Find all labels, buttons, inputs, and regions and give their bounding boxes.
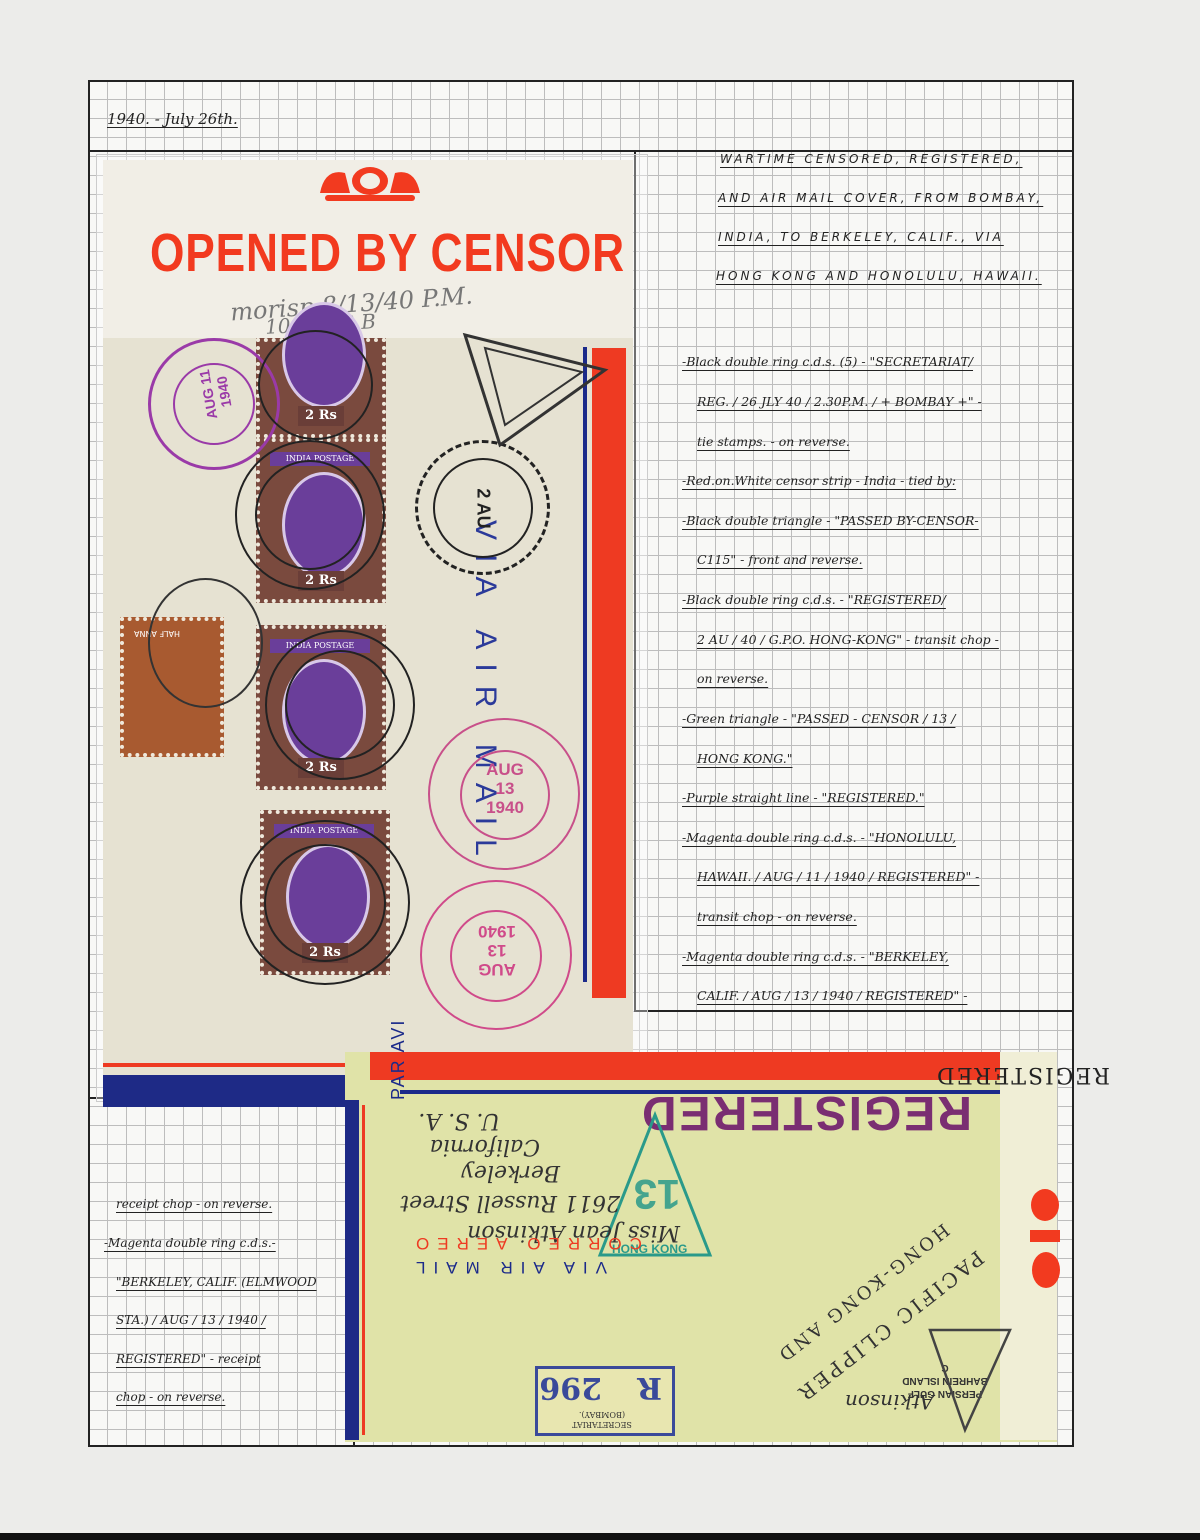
title-line: WARTIME CENSORED, REGISTERED, bbox=[720, 152, 1022, 166]
bombay-postmark bbox=[148, 578, 263, 708]
description-line: -Magenta double ring c.d.s. - "HONOLULU, bbox=[682, 830, 956, 845]
crest-fragment-icon bbox=[1020, 1185, 1060, 1295]
royal-crest-icon bbox=[305, 163, 435, 203]
description-line: -Black double ring c.d.s. - "REGISTERED/ bbox=[682, 592, 946, 607]
registration-office: SECRETARIAT (BOMBAY). bbox=[552, 1409, 652, 1429]
description-line: -Green triangle - "PASSED - CENSOR / 13 … bbox=[682, 711, 955, 726]
description-line: on reverse. bbox=[697, 671, 768, 686]
postmark-day: 13 bbox=[470, 779, 540, 798]
postmark-day: 2 bbox=[474, 488, 494, 498]
continuation-line: "BERKELEY, CALIF. (ELMWOOD bbox=[116, 1275, 317, 1289]
via-air-mail-label: VIA AIR MAIL bbox=[408, 1257, 607, 1277]
continuation-line: REGISTERED" - receipt bbox=[116, 1352, 261, 1366]
recipient-address: Miss Jean Atkinson 2611 Russell Street B… bbox=[380, 1095, 720, 1245]
description-line: transit chop - on reverse. bbox=[697, 909, 857, 924]
title-line: AND AIR MAIL COVER, FROM BOMBAY, bbox=[718, 191, 1043, 205]
registration-label: SECRETARIAT (BOMBAY). R 296 bbox=[535, 1366, 675, 1436]
postmark-inner-ring bbox=[255, 460, 365, 570]
date-text: 1940. - July 26th. bbox=[107, 110, 238, 128]
description-line: -Magenta double ring c.d.s. - "BERKELEY, bbox=[682, 949, 949, 964]
continuation-line: STA.) / AUG / 13 / 1940 / bbox=[116, 1313, 266, 1327]
airmail-border-blue-vertical bbox=[345, 1100, 359, 1440]
scan-edge bbox=[0, 1533, 1200, 1540]
title-line: HONG KONG AND HONOLULU, HAWAII. bbox=[716, 269, 1042, 283]
airmail-border-red bbox=[103, 1063, 368, 1067]
description-line: -Red.on.White censor strip - India - tie… bbox=[682, 473, 956, 488]
description-line: tie stamps. - on reverse. bbox=[697, 434, 850, 449]
postmark-year: 1940 bbox=[470, 798, 540, 817]
description-line: C115" - front and reverse. bbox=[697, 552, 863, 567]
postmark-date: AUG 13 1940 bbox=[462, 922, 532, 979]
description-line: -Black double ring c.d.s. (5) - "SECRETA… bbox=[682, 354, 973, 369]
censor-triangle-icon bbox=[925, 1325, 1015, 1435]
berkeley-elmwood-postmark: AUG 13 1940 bbox=[428, 718, 580, 870]
opened-by-censor-label: OPENED BY CENSOR bbox=[150, 222, 625, 284]
description-line: REG. / 26 JLY 40 / 2.30P.M. / + BOMBAY +… bbox=[697, 394, 982, 409]
description-line: -Black double triangle - "PASSED BY-CENS… bbox=[682, 513, 979, 528]
sender-signature: Atkinson bbox=[845, 1390, 934, 1414]
postmark-month: AUG bbox=[462, 960, 532, 979]
title-line: INDIA, TO BERKELEY, CALIF., VIA bbox=[718, 230, 1004, 244]
address-line: Berkeley bbox=[461, 1160, 560, 1185]
postmark-month: AU bbox=[474, 503, 494, 529]
description-line: HONG KONG." bbox=[697, 751, 793, 766]
airmail-border-red-vertical bbox=[362, 1105, 365, 1435]
bombay-postmark bbox=[240, 820, 410, 985]
postmark-date: 2 AU bbox=[473, 469, 494, 549]
page-date-heading: 1940. - July 26th. bbox=[107, 110, 238, 128]
registered-handwritten: REGISTERED bbox=[935, 1062, 1110, 1087]
continuation-line: -Magenta double ring c.d.s.- bbox=[104, 1236, 276, 1250]
description-line: CALIF. / AUG / 13 / 1940 / REGISTERED" - bbox=[697, 988, 967, 1003]
address-line: U. S. A. bbox=[418, 1108, 500, 1133]
address-line: 2611 Russell Street bbox=[400, 1190, 620, 1215]
description-line: -Purple straight line - "REGISTERED." bbox=[682, 790, 925, 805]
bombay-postmark bbox=[258, 330, 373, 440]
honolulu-postmark: AUG 11 1940 bbox=[148, 338, 280, 470]
postmark-date: AUG 13 1940 bbox=[470, 760, 540, 817]
postmark-inner-ring bbox=[285, 650, 395, 760]
correo-aereo-label: CORREO AEREO bbox=[408, 1233, 642, 1253]
registration-number: 296 bbox=[539, 1370, 602, 1405]
airmail-border-red bbox=[370, 1052, 1000, 1080]
berkeley-postmark: AUG 13 1940 bbox=[420, 880, 572, 1030]
airmail-border-blue bbox=[103, 1075, 368, 1107]
postmark-inner-ring bbox=[264, 844, 386, 962]
description-line: 2 AU / 40 / G.P.O. HONG-KONG" - transit … bbox=[697, 632, 999, 647]
postmark-day: 13 bbox=[462, 941, 532, 960]
par-avion-label: PAR AVI bbox=[388, 1019, 409, 1100]
hongkong-postmark: 2 AU bbox=[415, 440, 550, 575]
postmark-month: AUG bbox=[470, 760, 540, 779]
postmark-year: 1940 bbox=[462, 922, 532, 941]
censor-triangle-icon bbox=[460, 330, 610, 450]
bombay-postmark bbox=[235, 440, 385, 590]
description-line: HAWAII. / AUG / 11 / 1940 / REGISTERED" … bbox=[697, 869, 979, 884]
registration-letter: R bbox=[637, 1370, 662, 1405]
address-line: California bbox=[430, 1134, 540, 1159]
postmark-day: 11 bbox=[196, 368, 214, 385]
bombay-postmark bbox=[265, 630, 415, 780]
continuation-line: chop - on reverse. bbox=[116, 1390, 225, 1404]
continuation-line: receipt chop - on reverse. bbox=[116, 1197, 272, 1211]
